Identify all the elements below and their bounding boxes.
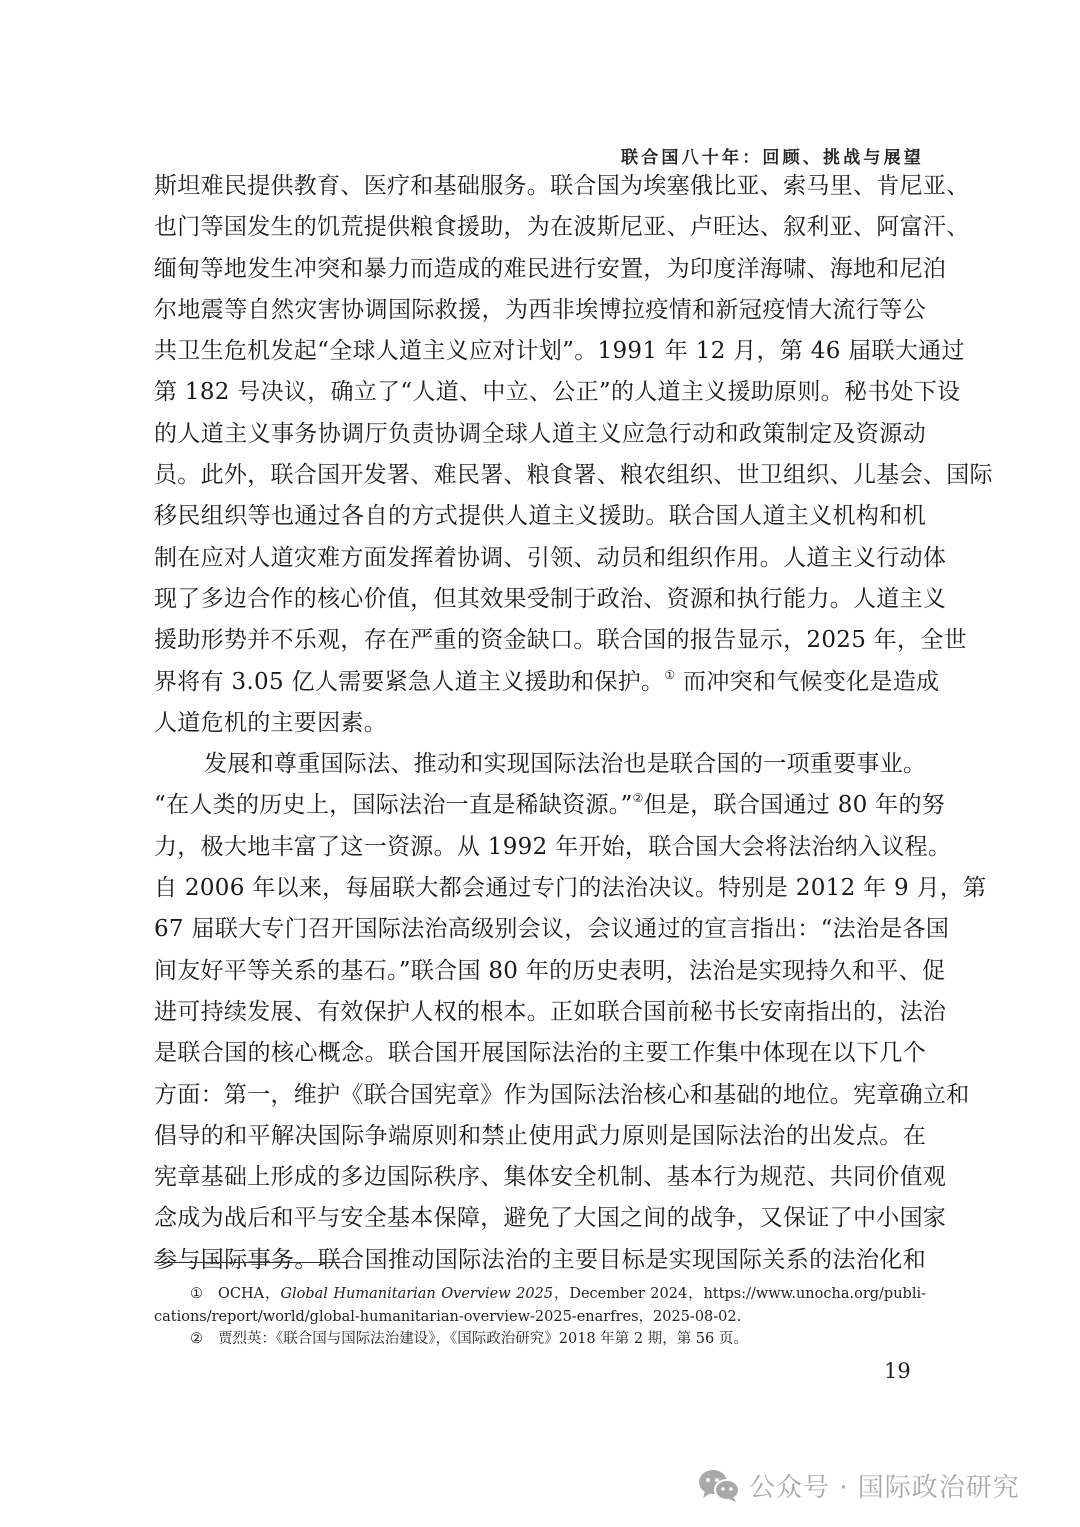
text-span: 但是，联合国通过 80 年的努 [644,792,945,818]
text-line: 是联合国的核心概念。联合国开展国际法治的主要工作集中体现在以下几个 [154,1033,926,1074]
text-line: 进可持续发展、有效保护人权的根本。正如联合国前秘书长安南指出的，法治 [154,992,926,1033]
footnote-1-mark: ① [190,1283,218,1306]
text-line: 界将有 3.05 亿人需要紧急人道主义援助和保护。① 而冲突和气候变化是造成 [154,662,926,703]
text-line: 念成为战后和平与安全基本保障，避免了大国之间的战争，又保证了中小国家 [154,1198,926,1239]
footnote-1-line-2[interactable]: cations/report/world/global-humanitarian… [154,1306,926,1329]
text-line: 发展和尊重国际法、推动和实现国际法治也是联合国的一项重要事业。 [154,744,926,785]
footnote-divider [154,1262,346,1263]
text-line: 宪章基础上形成的多边国际秩序、集体安全机制、基本行为规范、共同价值观 [154,1157,926,1198]
text-line: 倡导的和平解决国际争端原则和禁止使用武力原则是国际法治的出发点。在 [154,1116,926,1157]
text-line: 自 2006 年以来，每届联大都会通过专门的法治决议。特别是 2012 年 9 … [154,868,926,909]
footnote-1-line-1: ①OCHA，Global Humanitarian Overview 2025，… [154,1283,926,1306]
footnote-2-text: 贾烈英：《联合国与国际法治建设》，《国际政治研究》2018 年第 2 期，第 5… [218,1331,748,1347]
paragraph-2: 发展和尊重国际法、推动和实现国际法治也是联合国的一项重要事业。 “在人类的历史上… [154,744,926,1281]
text-line: 共卫生危机发起“全球人道主义应对计划”。1991 年 12 月，第 46 届联大… [154,331,926,372]
text-line: “在人类的历史上，国际法治一直是稀缺资源。”②但是，联合国通过 80 年的努 [154,785,926,826]
text-line: 移民组织等也通过各自的方式提供人道主义援助。联合国人道主义机构和机 [154,496,926,537]
text-line: 间友好平等关系的基石。”联合国 80 年的历史表明，法治是实现持久和平、促 [154,951,926,992]
watermark-label: 公众号 · 国际政治研究 [749,1467,1020,1504]
footnote-2-mark: ② [190,1328,218,1351]
text-line: 缅甸等地发生冲突和暴力而造成的难民进行安置，为印度洋海啸、海地和尼泊 [154,249,926,290]
text-line: 人道危机的主要因素。 [154,703,926,744]
footnote-ref-2[interactable]: ② [633,791,644,805]
text-line: 制在应对人道灾难方面发挥着协调、引领、动员和组织作用。人道主义行动体 [154,538,926,579]
text-span: 而冲突和气候变化是造成 [675,669,939,695]
watermark: 公众号 · 国际政治研究 [697,1467,1020,1504]
text-span: 界将有 3.05 亿人需要紧急人道主义援助和保护。 [154,669,664,695]
text-line: 员。此外，联合国开发署、难民署、粮食署、粮农组织、世卫组织、儿基会、国际 [154,455,926,496]
footnote-ref-1[interactable]: ① [664,668,675,682]
text-line: 的人道主义事务协调厅负责协调全球人道主义应急行动和政策制定及资源动 [154,414,926,455]
text-span: “在人类的历史上，国际法治一直是稀缺资源。” [154,792,633,818]
footnote-2: ②贾烈英：《联合国与国际法治建设》，《国际政治研究》2018 年第 2 期，第 … [154,1328,926,1351]
page-number: 19 [884,1359,911,1383]
paragraph-1: 斯坦难民提供教育、医疗和基础服务。联合国为埃塞俄比亚、索马里、肯尼亚、 也门等国… [154,166,926,744]
body-text: 斯坦难民提供教育、医疗和基础服务。联合国为埃塞俄比亚、索马里、肯尼亚、 也门等国… [154,166,926,1281]
text-line: 现了多边合作的核心价值，但其效果受制于政治、资源和执行能力。人道主义 [154,579,926,620]
footnotes: ①OCHA，Global Humanitarian Overview 2025，… [154,1283,926,1351]
text-line: 67 届联大专门召开国际法治高级别会议，会议通过的宣言指出：“法治是各国 [154,909,926,950]
footnote-1-title: Global Humanitarian Overview 2025 [280,1286,553,1302]
footnote-1-prefix: OCHA， [218,1286,280,1302]
wechat-icon [697,1468,741,1504]
running-head-title: 联合国八十年：回顾、挑战与展望 [621,143,924,168]
text-line: 参与国际事务。联合国推动国际法治的主要目标是实现国际关系的法治化和 [154,1240,926,1281]
footnote-1-rest[interactable]: ，December 2024，https://www.unocha.org/pu… [553,1286,926,1302]
text-line: 斯坦难民提供教育、医疗和基础服务。联合国为埃塞俄比亚、索马里、肯尼亚、 [154,166,926,207]
text-line: 力，极大地丰富了这一资源。从 1992 年开始，联合国大会将法治纳入议程。 [154,827,926,868]
text-line: 第 182 号决议，确立了“人道、中立、公正”的人道主义援助原则。秘书处下设 [154,372,926,413]
text-line: 也门等国发生的饥荒提供粮食援助，为在波斯尼亚、卢旺达、叙利亚、阿富汗、 [154,207,926,248]
text-line: 尔地震等自然灾害协调国际救援，为西非埃博拉疫情和新冠疫情大流行等公 [154,290,926,331]
text-line: 援助形势并不乐观，存在严重的资金缺口。联合国的报告显示，2025 年，全世 [154,620,926,661]
text-line: 方面：第一，维护《联合国宪章》作为国际法治核心和基础的地位。宪章确立和 [154,1075,926,1116]
